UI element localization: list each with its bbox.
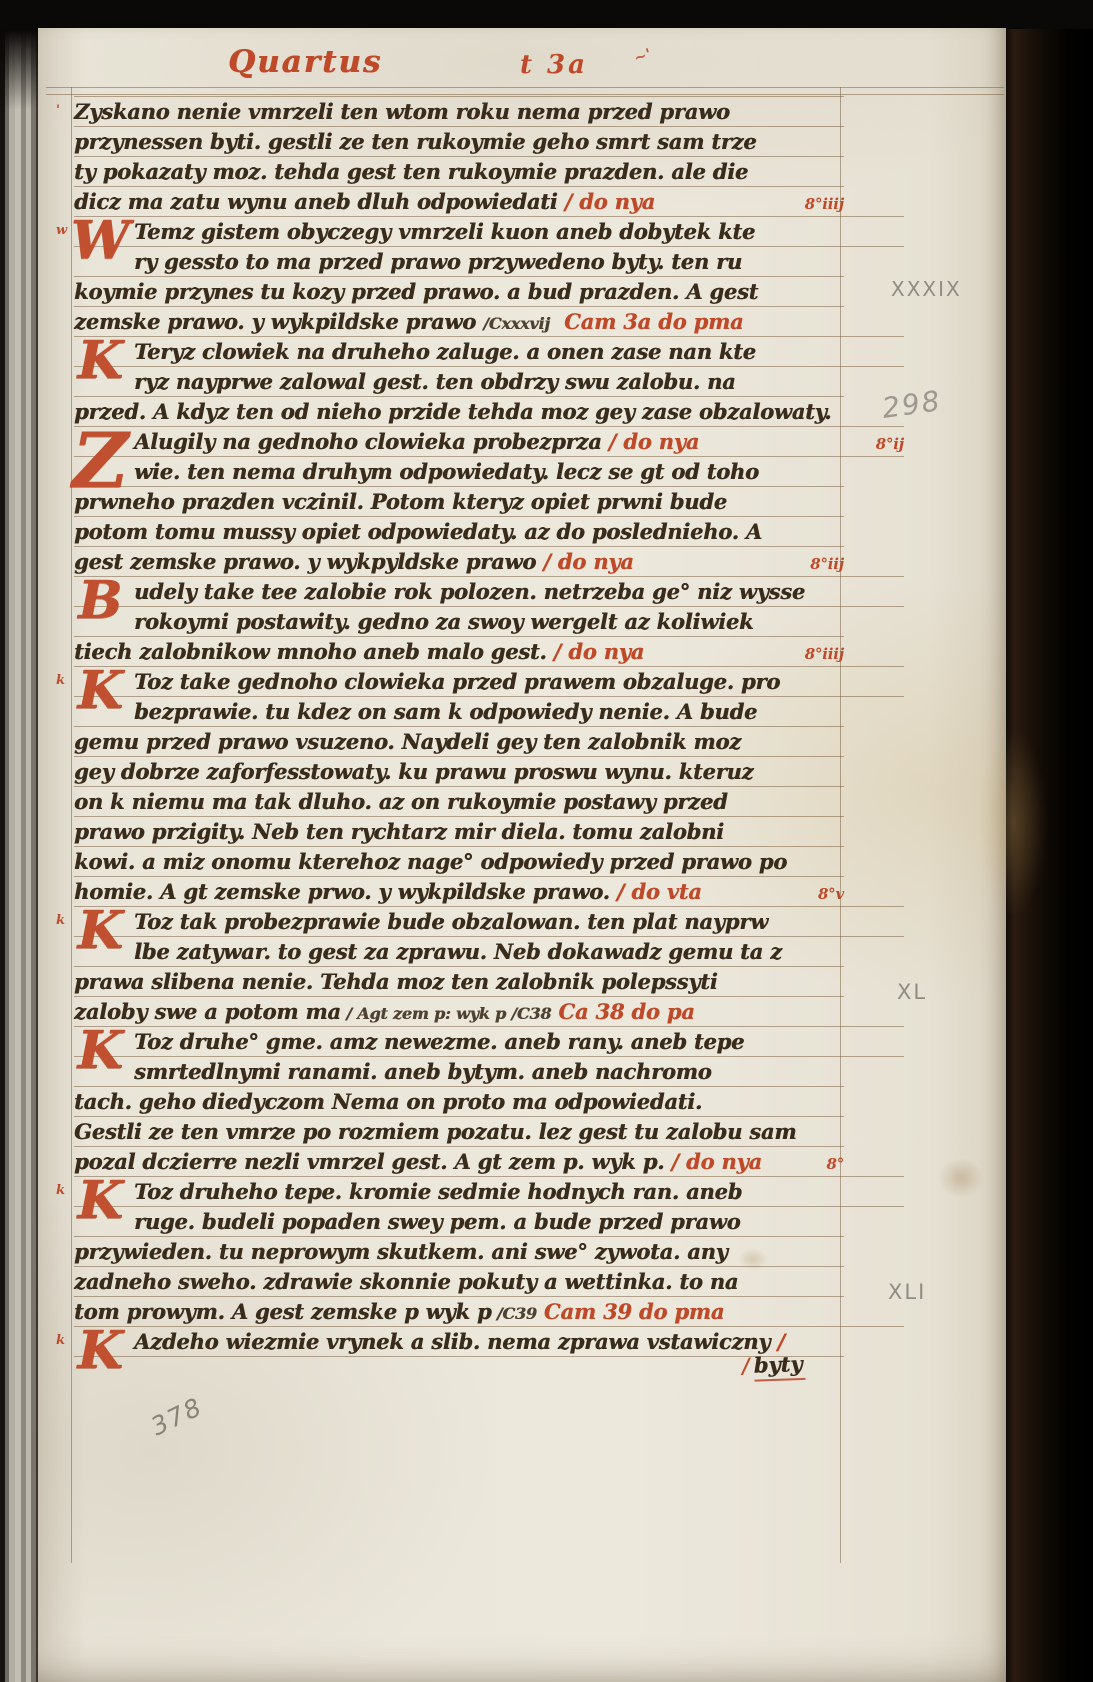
- rubricated-initial: K: [70, 1022, 130, 1080]
- body-text: przynessen byti. gestli ze ten rukoymie …: [74, 128, 756, 155]
- manuscript-line: potom tomu mussy opiet odpowiedaty. az d…: [74, 516, 844, 548]
- rubric-text: / do nya: [602, 428, 700, 455]
- manuscript-line: Teryz clowiek na druheho zaluge. a onen …: [74, 336, 904, 368]
- manuscript-line: wie. ten nema druhym odpowiedaty. lecz s…: [74, 456, 904, 488]
- manuscript-line: Toz druheho tepe. kromie sedmie hodnych …: [74, 1176, 904, 1208]
- manuscript-line: homie. A gt zemske prwo. y wykpildske pr…: [74, 876, 844, 908]
- rubric-text: 8°iiij: [805, 191, 844, 218]
- rubric-text: / do nya: [547, 638, 645, 665]
- rubric-text: / do vta: [610, 878, 702, 905]
- manuscript-line: Toz druhe° gme. amz newezme. aneb rany. …: [74, 1026, 904, 1058]
- rubricated-initial: K: [70, 332, 130, 390]
- photo-background-top: [0, 0, 1093, 29]
- guide-letter: w: [56, 224, 67, 238]
- body-text: przed. A kdyz ten od nieho przide tehda …: [74, 398, 831, 425]
- catchword-slash: /: [742, 1353, 751, 1379]
- body-text: wie. ten nema druhym odpowiedaty. lecz s…: [134, 458, 759, 485]
- body-text: prwneho prazden vczinil. Potom kteryz op…: [74, 488, 727, 515]
- body-text: tiech zalobnikow mnoho aneb malo gest.: [74, 638, 547, 665]
- manuscript-line: rokoymi postawity. gedno za swoy wergelt…: [74, 606, 904, 638]
- body-text: kowi. a miz onomu kterehoz nage° odpowie…: [74, 848, 787, 875]
- body-text: prawo przigity. Neb ten rychtarz mir die…: [74, 818, 724, 845]
- rubric-text: / do nya: [664, 1148, 762, 1175]
- manuscript-line: udely take tee zalobie rok polozen. netr…: [74, 576, 904, 608]
- pencil-marginal-note: XLI: [888, 1280, 926, 1304]
- body-text: lbe zatywar. to gest za zprawu. Neb doka…: [134, 938, 782, 965]
- body-text: ryz nayprwe zalowal gest. ten obdrzy swu…: [134, 368, 736, 395]
- stain: [938, 1158, 984, 1198]
- rubric-text: 8°iiij: [805, 641, 844, 668]
- manuscript-line: Toz tak probezprawie bude obzalowan. ten…: [74, 906, 904, 938]
- body-text: dicz ma zatu wynu aneb dluh odpowiedati: [74, 188, 557, 215]
- manuscript-photo: Quartus t 3a Zyskano nenie vmrzeli ten w…: [0, 0, 1093, 1682]
- body-text: Toz druheho tepe. kromie sedmie hodnych …: [134, 1178, 742, 1205]
- rubricated-initial: K: [70, 662, 130, 720]
- manuscript-line: lbe zatywar. to gest za zprawu. Neb doka…: [74, 936, 904, 968]
- manuscript-line: [74, 1356, 844, 1388]
- top-ruling-line: [46, 94, 1004, 95]
- manuscript-line: tiech zalobnikow mnoho aneb malo gest. /…: [74, 636, 844, 668]
- manuscript-line: zaloby swe a potom ma / Agt zem p: wyk p…: [74, 996, 844, 1028]
- body-text: Toz tak probezprawie bude obzalowan. ten…: [134, 908, 768, 935]
- manuscript-line: dicz ma zatu wynu aneb dluh odpowiedati …: [74, 186, 844, 218]
- body-text: tach. geho diedyczom Nema on proto ma od…: [74, 1088, 702, 1115]
- body-text: ty pokazaty moz. tehda gest ten rukoymie…: [74, 158, 748, 185]
- catchword-word: byty: [753, 1351, 806, 1382]
- manuscript-line: zemske prawo. y wykpildske prawo /Cxxxvi…: [74, 306, 844, 338]
- rubric-text: Cam 3a do pma: [550, 308, 744, 335]
- manuscript-line: Gestli ze ten vmrze po rozmiem pozatu. l…: [74, 1116, 844, 1148]
- body-text: Toz druhe° gme. amz newezme. aneb rany. …: [134, 1028, 744, 1055]
- body-text: ry gessto to ma przed prawo przywedeno b…: [134, 248, 742, 275]
- body-text: prawa slibena nenie. Tehda moz ten zalob…: [74, 968, 718, 995]
- manuscript-line: przywieden. tu neprowym skutkem. ani swe…: [74, 1236, 844, 1268]
- body-text: bezprawie. tu kdez on sam k odpowiedy ne…: [134, 698, 757, 725]
- rubricated-initial: W: [70, 212, 130, 270]
- manuscript-line: Temz gistem obyczegy vmrzeli kuon aneb d…: [74, 216, 904, 248]
- body-text: /C39: [491, 1300, 536, 1327]
- body-text: przywieden. tu neprowym skutkem. ani swe…: [74, 1238, 728, 1265]
- pencil-marginal-note: XXXIX: [891, 277, 962, 301]
- manuscript-line: Zyskano nenie vmrzeli ten wtom roku nema…: [74, 96, 844, 128]
- body-text: udely take tee zalobie rok polozen. netr…: [134, 578, 805, 605]
- manuscript-line: gest zemske prawo. y wykpyldske prawo / …: [74, 546, 844, 578]
- body-text: /Cxxxvij: [483, 310, 550, 337]
- manuscript-line: prawa slibena nenie. Tehda moz ten zalob…: [74, 966, 844, 998]
- body-text: zadneho sweho. zdrawie skonnie pokuty a …: [74, 1268, 738, 1295]
- rubric-text: 8°v: [818, 881, 844, 908]
- pencil-marginal-note: XL: [897, 980, 927, 1004]
- manuscript-line: prwneho prazden vczinil. Potom kteryz op…: [74, 486, 844, 518]
- body-text: Toz take gednoho clowieka przed prawem o…: [134, 668, 780, 695]
- manuscript-line: ry gessto to ma przed prawo przywedeno b…: [74, 246, 904, 278]
- rubricated-initial: K: [70, 1322, 130, 1380]
- rubric-text: / do nya: [557, 188, 655, 215]
- body-text: zemske prawo. y wykpildske prawo: [74, 308, 483, 335]
- body-text: gey dobrze zaforfesstowaty. ku prawu pro…: [74, 758, 753, 785]
- body-text: Azdeho wiezmie vrynek a slib. nema zpraw…: [134, 1328, 770, 1355]
- manuscript-line: przed. A kdyz ten od nieho przide tehda …: [74, 396, 844, 428]
- rubric-text: / do nya: [536, 548, 634, 575]
- body-text: ruge. budeli popaden swey pem. a bude pr…: [134, 1208, 740, 1235]
- rubricated-initial: K: [70, 1172, 130, 1230]
- body-text: / Agt zem p: wyk p /C38: [341, 1000, 552, 1027]
- guide-letter: k: [56, 1334, 65, 1348]
- guide-letter: k: [56, 674, 65, 688]
- folio-mark: t 3a: [520, 50, 588, 80]
- body-text: Gestli ze ten vmrze po rozmiem pozatu. l…: [74, 1118, 796, 1145]
- rubric-text: 8°iij: [810, 551, 844, 578]
- rubricated-initial: Z: [70, 424, 130, 498]
- rubricated-initial: K: [70, 902, 130, 960]
- guide-letter: ': [56, 104, 60, 118]
- manuscript-line: Alugily na gednoho clowieka probezprza /…: [74, 426, 904, 458]
- manuscript-line: pozal dczierre nezli vmrzel gest. A gt z…: [74, 1146, 844, 1178]
- manuscript-line: bezprawie. tu kdez on sam k odpowiedy ne…: [74, 696, 904, 728]
- manuscript-line: on k niemu ma tak dluho. az on rukoymie …: [74, 786, 844, 818]
- manuscript-line: gey dobrze zaforfesstowaty. ku prawu pro…: [74, 756, 844, 788]
- guide-letter: k: [56, 914, 65, 928]
- body-text: Temz gistem obyczegy vmrzeli kuon aneb d…: [134, 218, 755, 245]
- manuscript-line: kowi. a miz onomu kterehoz nage° odpowie…: [74, 846, 844, 878]
- manuscript-line: ryz nayprwe zalowal gest. ten obdrzy swu…: [74, 366, 904, 398]
- top-ruling-line: [46, 87, 1004, 88]
- body-text: homie. A gt zemske prwo. y wykpildske pr…: [74, 878, 610, 905]
- rubric-text: 8°: [826, 1151, 844, 1178]
- manuscript-line: Toz take gednoho clowieka przed prawem o…: [74, 666, 904, 698]
- body-text: Alugily na gednoho clowieka probezprza: [134, 428, 602, 455]
- rubric-text: 8°ij: [876, 431, 904, 458]
- body-text: Zyskano nenie vmrzeli ten wtom roku nema…: [74, 98, 730, 125]
- manuscript-line: koymie przynes tu kozy przed prawo. a bu…: [74, 276, 844, 308]
- body-text: rokoymi postawity. gedno za swoy wergelt…: [134, 608, 753, 635]
- guide-letter: k: [56, 1184, 65, 1198]
- body-text: potom tomu mussy opiet odpowiedaty. az d…: [74, 518, 762, 545]
- rubric-text: Cam 39 do pma: [537, 1298, 724, 1325]
- body-text: koymie przynes tu kozy przed prawo. a bu…: [74, 278, 758, 305]
- manuscript-line: ty pokazaty moz. tehda gest ten rukoymie…: [74, 156, 844, 188]
- body-text: tom prowym. A gest zemske p wyk p: [74, 1298, 491, 1325]
- body-text: gemu przed prawo vsuzeno. Naydeli gey te…: [74, 728, 741, 755]
- manuscript-line: smrtedlnymi ranami. aneb bytym. aneb nac…: [74, 1056, 904, 1088]
- rubricated-initial: B: [70, 572, 130, 630]
- body-text: smrtedlnymi ranami. aneb bytym. aneb nac…: [134, 1058, 712, 1085]
- manuscript-line: tach. geho diedyczom Nema on proto ma od…: [74, 1086, 844, 1118]
- running-title: Quartus: [228, 44, 382, 80]
- manuscript-line: ruge. budeli popaden swey pem. a bude pr…: [74, 1206, 904, 1238]
- book-cover-edge: [1004, 0, 1093, 1682]
- rubric-text: Ca 38 do pa: [551, 998, 694, 1025]
- catchword: / byty: [742, 1351, 806, 1382]
- manuscript-line: przynessen byti. gestli ze ten rukoymie …: [74, 126, 844, 158]
- body-text: pozal dczierre nezli vmrzel gest. A gt z…: [74, 1148, 664, 1175]
- manuscript-line: gemu przed prawo vsuzeno. Naydeli gey te…: [74, 726, 844, 758]
- body-text: gest zemske prawo. y wykpyldske prawo: [74, 548, 536, 575]
- manuscript-line: tom prowym. A gest zemske p wyk p /C39 C…: [74, 1296, 844, 1328]
- manuscript-line: zadneho sweho. zdrawie skonnie pokuty a …: [74, 1266, 844, 1298]
- book-page-edges: [0, 0, 42, 1682]
- manuscript-line: prawo przigity. Neb ten rychtarz mir die…: [74, 816, 844, 848]
- body-text: Teryz clowiek na druheho zaluge. a onen …: [134, 338, 756, 365]
- body-text: on k niemu ma tak dluho. az on rukoymie …: [74, 788, 728, 815]
